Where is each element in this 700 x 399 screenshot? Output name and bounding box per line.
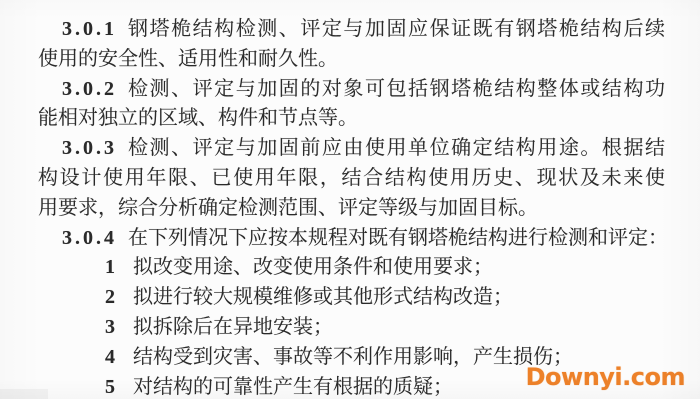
clause-text: 检测、评定与加固的对象可包括钢塔桅结构整体或结构功 xyxy=(128,75,665,105)
item-text: 拟进行较大规模维修或其他形式结构改造； xyxy=(133,283,513,313)
clause-number: 3.0.2 xyxy=(62,75,117,105)
downyi-watermark: Downyi.com xyxy=(526,363,685,391)
scan-artifact xyxy=(0,389,48,399)
list-item-line-2: 2 拟进行较大规模维修或其他形式结构改造； xyxy=(38,283,665,313)
scanned-document-page: 3.0.1 钢塔桅结构检测、评定与加固应保证既有钢塔桅结构后续 使用的安全性、适… xyxy=(0,0,700,399)
clause-line-3-0-1: 3.0.1 钢塔桅结构检测、评定与加固应保证既有钢塔桅结构后续 xyxy=(38,15,665,45)
clause-text: 构设计使用年限、已使用年限，结合结构使用历史、现状及未来使 xyxy=(38,164,665,194)
clause-line-3-0-4: 3.0.4 在下列情况下应按本规程对既有钢塔桅结构进行检测和评定： xyxy=(38,224,665,254)
item-number: 5 xyxy=(105,373,123,399)
item-text: 结构受到灾害、事故等不利作用影响，产生损伤； xyxy=(133,343,573,373)
item-number: 2 xyxy=(105,283,123,313)
document-body: 3.0.1 钢塔桅结构检测、评定与加固应保证既有钢塔桅结构后续 使用的安全性、适… xyxy=(38,15,665,399)
clause-text: 能相对独立的区域、构件和节点等。 xyxy=(38,104,358,134)
item-text: 拟拆除后在异地安装； xyxy=(133,313,333,343)
item-text: 拟改变用途、改变使用条件和使用要求； xyxy=(133,253,493,283)
item-text: 对结构的可靠性产生有根据的质疑； xyxy=(133,373,453,399)
clause-text: 使用的安全性、适用性和耐久性。 xyxy=(38,45,338,75)
clause-text: 用要求，综合分析确定检测范围、评定等级与加固目标。 xyxy=(38,194,538,224)
list-item-line-1: 1 拟改变用途、改变使用条件和使用要求； xyxy=(38,253,665,283)
continuation-line: 使用的安全性、适用性和耐久性。 xyxy=(38,45,665,75)
clause-number: 3.0.4 xyxy=(62,224,117,254)
clause-number: 3.0.1 xyxy=(62,15,117,45)
item-number: 3 xyxy=(105,313,123,343)
item-number: 1 xyxy=(105,253,123,283)
clause-text: 检测、评定与加固前应由使用单位确定结构用途。根据结 xyxy=(128,134,665,164)
clause-text: 在下列情况下应按本规程对既有钢塔桅结构进行检测和评定： xyxy=(128,224,668,254)
clause-text: 钢塔桅结构检测、评定与加固应保证既有钢塔桅结构后续 xyxy=(128,15,665,45)
clause-number: 3.0.3 xyxy=(62,134,117,164)
clause-line-3-0-2: 3.0.2 检测、评定与加固的对象可包括钢塔桅结构整体或结构功 xyxy=(38,75,665,105)
continuation-line: 构设计使用年限、已使用年限，结合结构使用历史、现状及未来使 xyxy=(38,164,665,194)
list-item-line-3: 3 拟拆除后在异地安装； xyxy=(38,313,665,343)
continuation-line: 能相对独立的区域、构件和节点等。 xyxy=(38,104,665,134)
continuation-line: 用要求，综合分析确定检测范围、评定等级与加固目标。 xyxy=(38,194,665,224)
clause-line-3-0-3: 3.0.3 检测、评定与加固前应由使用单位确定结构用途。根据结 xyxy=(38,134,665,164)
item-number: 4 xyxy=(105,343,123,373)
